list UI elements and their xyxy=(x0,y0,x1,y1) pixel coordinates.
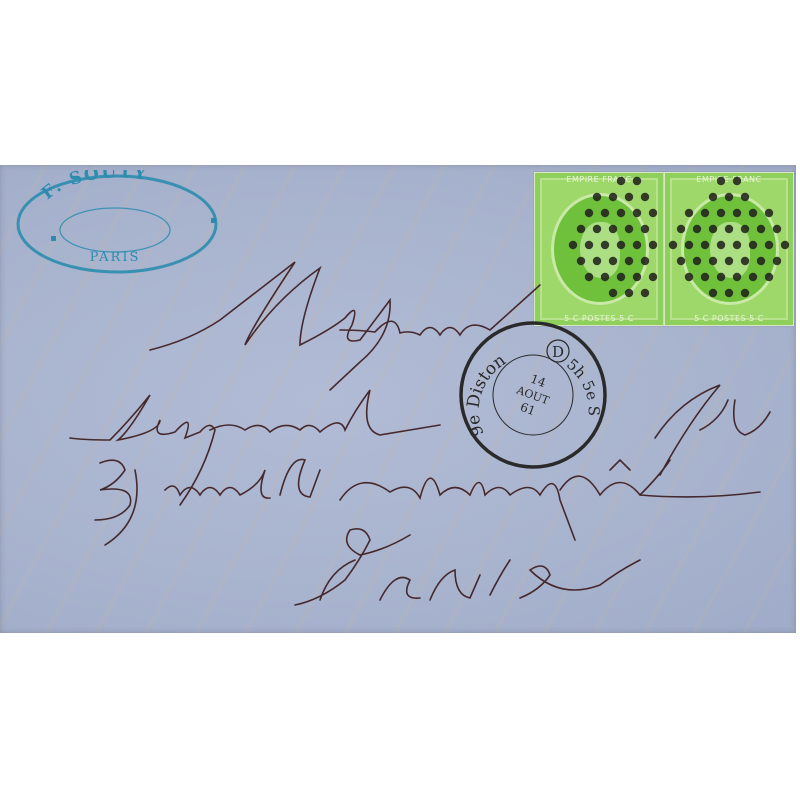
handwritten-address: Messieurs Desgrand père & fils 35 rue de… xyxy=(0,0,800,800)
